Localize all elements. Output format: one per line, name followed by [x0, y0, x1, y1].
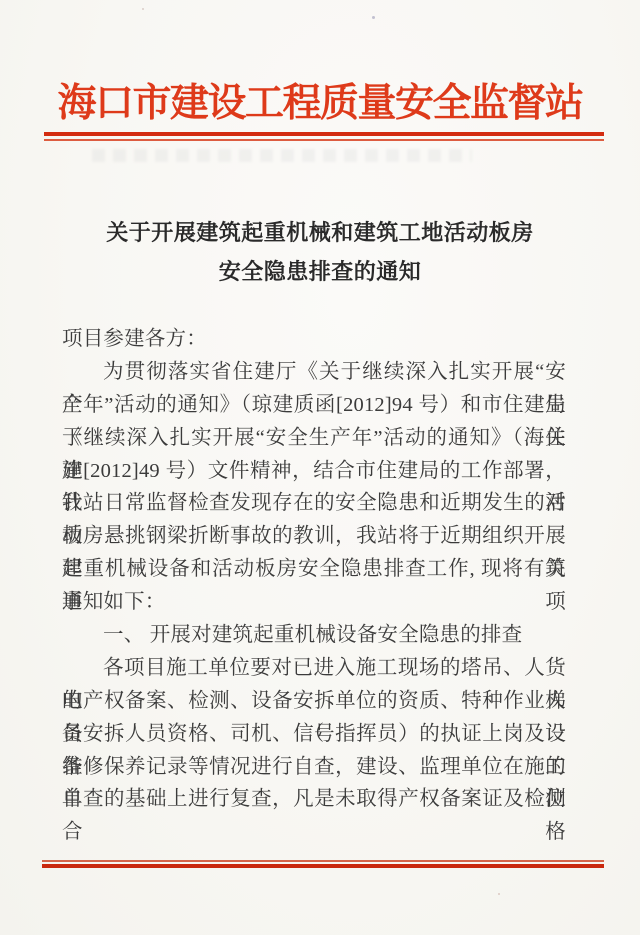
letterhead-rule-thick: [44, 132, 604, 136]
body-section-heading: 一、 开展对建筑起重机械设备安全隐患的排查: [62, 619, 566, 652]
body-line: 起重机械设备和活动板房安全隐患排查工作, 现将有关事项: [62, 553, 566, 586]
document-title: 关于开展建筑起重机械和建筑工地活动板房 安全隐患排查的通知: [0, 213, 640, 291]
body-line: 为贯彻落实省住建厅《关于继续深入扎实开展“安全生: [62, 356, 566, 389]
body-line: 备安拆人员资格、司机、信号指挥员）的执证上岗及设备的: [62, 718, 566, 751]
body-line: 施[2012]49 号）文件精神，结合市住建局的工作部署，针对: [62, 455, 566, 488]
footer-rule-thick: [42, 864, 604, 868]
body-line-salutation: 项目参建各方：: [62, 323, 566, 356]
body-line: 自查的基础上进行复查，凡是未取得产权备案证及检测合格: [62, 783, 566, 816]
body-line: 的产权备案、检测、设备安拆单位的资质、特种作业人员（设: [62, 685, 566, 718]
body-line: 我站日常监督检查发现存在的安全隐患和近期发生的活动: [62, 487, 566, 520]
document-title-line1: 关于开展建筑起重机械和建筑工地活动板房: [0, 213, 640, 252]
body-text: 项目参建各方： 为贯彻落实省住建厅《关于继续深入扎实开展“安全生 产年”活动的通…: [62, 323, 566, 816]
letterhead-org-name: 海口市建设工程质量安全监督站: [0, 72, 640, 128]
scanned-document-page: 海口市建设工程质量安全监督站 关于开展建筑起重机械和建筑工地活动板房 安全隐患排…: [0, 0, 640, 935]
scan-speck: [498, 893, 500, 895]
scan-speck: [142, 8, 144, 10]
body-line: 维修保养记录等情况进行自查，建设、监理单位在施工单位: [62, 751, 566, 784]
bleed-through-ghost: [92, 149, 472, 162]
body-line: 产年”活动的通知》（琼建质函[2012]94 号）和市住建局《关: [62, 389, 566, 422]
footer-rule-thin: [42, 860, 604, 862]
body-line: 于继续深入扎实开展“安全生产年”活动的通知》（海住建: [62, 422, 566, 455]
body-line: 板房悬挑钢梁折断事故的教训，我站将于近期组织开展建筑: [62, 520, 566, 553]
body-line: 各项目施工单位要对已进入施工现场的塔吊、人货电梯: [62, 652, 566, 685]
document-title-line2: 安全隐患排查的通知: [0, 252, 640, 291]
letterhead-rule-thin: [44, 139, 604, 141]
scan-speck: [372, 16, 375, 19]
